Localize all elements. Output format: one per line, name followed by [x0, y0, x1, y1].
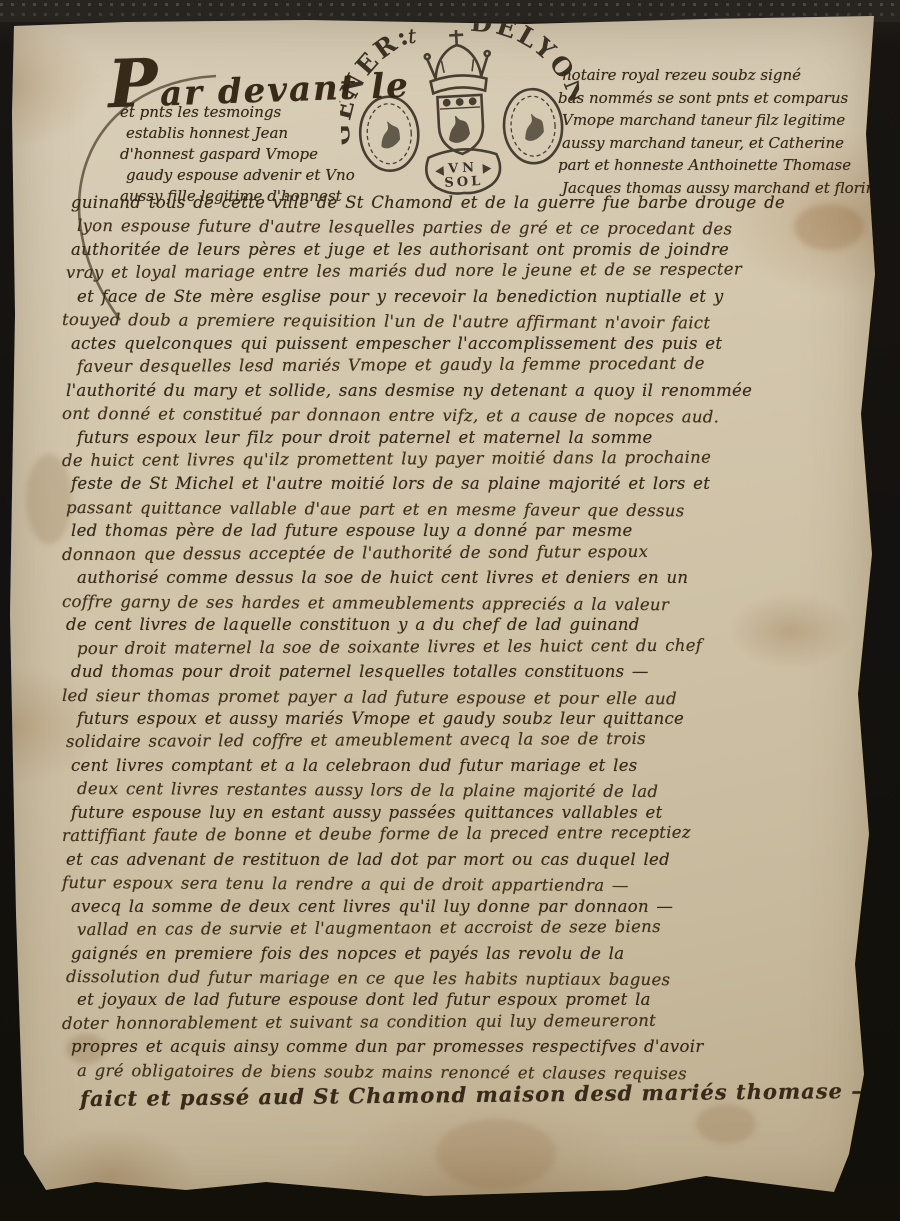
manuscript-line: coffre garny de ses hardes et ammeubleme…: [62, 590, 868, 618]
manuscript-line: et face de Ste mère esglise pour y recev…: [77, 285, 868, 308]
manuscript-line: bas nommés se sont pnts et comparus: [558, 87, 873, 110]
manuscript-line: part et honneste Anthoinette Thomase: [558, 154, 873, 177]
manuscript-line: pour droit maternel la soe de soixante l…: [77, 632, 868, 660]
manuscript-line: lyon espouse future d'autre lesquelles p…: [77, 214, 868, 242]
manuscript-line: vray et loyal mariage entre les mariés d…: [66, 257, 868, 285]
manuscript-line: futur espoux sera tenu la rendre a qui d…: [62, 871, 868, 899]
manuscript-line: solidaire scavoir led coffre et ameublem…: [66, 726, 868, 754]
manuscript-line: dud thomas pour droit paternel lesquelle…: [71, 660, 868, 683]
stamp-denomination-bottom: SOL: [444, 174, 484, 191]
manuscript-line: et cas advenant de restituon de lad dot …: [66, 848, 868, 871]
manuscript-line: rattiffiant faute de bonne et deube form…: [62, 820, 868, 848]
central-shield-icon: [437, 95, 484, 155]
manuscript-line: led sieur thomas promet payer a lad futu…: [62, 684, 868, 712]
manuscript-line: d'honnest gaspard Vmope: [120, 144, 355, 165]
manuscript-line: notaire royal rezeu soubz signé: [562, 64, 873, 87]
crown-icon: [423, 28, 491, 93]
manuscript-line: establis honnest Jean: [126, 123, 355, 144]
manuscript-line: feste de St Michel et l'autre moitié lor…: [71, 472, 868, 495]
manuscript-body: guinand tous de cette ville de St Chamon…: [62, 191, 868, 1082]
header-right-column: notaire royal rezeu soubz signébas nommé…: [562, 64, 873, 199]
manuscript-line: touyed doub a premiere requisition l'un …: [62, 308, 868, 336]
manuscript-line: donnaon que dessus acceptée de l'authori…: [62, 539, 868, 567]
stitch-row: [0, 3, 900, 6]
manuscript-line: doter honnorablement et suivant sa condi…: [62, 1008, 868, 1036]
manuscript-line: gaignés en premiere fois des nopces et p…: [71, 942, 868, 965]
manuscript-line: cent livres comptant et a la celebraon d…: [71, 754, 868, 777]
tax-stamp: GENER: DELYON VN SOL: [336, 14, 585, 202]
paper-stain: [436, 1119, 556, 1189]
photograph-background: Par devant le t: [0, 0, 900, 1221]
manuscript-line: authorisé comme dessus la soe de huict c…: [77, 566, 868, 589]
stitch-row: [0, 13, 900, 16]
manuscript-line: vallad en cas de survie et l'augmentaon …: [77, 914, 868, 942]
manuscript-paper: Par devant le t: [6, 14, 878, 1200]
manuscript-line: passant quittance vallable d'aue part et…: [66, 496, 868, 524]
manuscript-line: aussy marchand taneur, et Catherine: [562, 132, 873, 155]
manuscript-line: de huict cent livres qu'ilz promettent l…: [62, 445, 868, 473]
manuscript-line: propres et acquis ainsy comme dun par pr…: [71, 1035, 868, 1058]
lion-medallion-right-icon: [502, 88, 564, 165]
manuscript-line: et pnts les tesmoings: [120, 102, 355, 123]
manuscript-line: gaudy espouse advenir et Vno: [126, 165, 355, 186]
manuscript-line: guinand tous de cette ville de St Chamon…: [71, 191, 868, 214]
manuscript-line: l'authorité du mary et sollide, sans des…: [66, 379, 868, 402]
lion-medallion-left-icon: [358, 95, 420, 172]
manuscript-line: deux cent livres restantes aussy lors de…: [77, 777, 868, 805]
manuscript-line: faveur desquelles lesd mariés Vmope et g…: [77, 351, 868, 379]
paper-stain: [696, 1104, 756, 1144]
manuscript-line: ont donné et constitué par donnaon entre…: [62, 402, 868, 430]
manuscript-line: Vmope marchand taneur filz legitime: [562, 109, 873, 132]
manuscript-line: dissolution dud futur mariage en ce que …: [66, 965, 868, 993]
